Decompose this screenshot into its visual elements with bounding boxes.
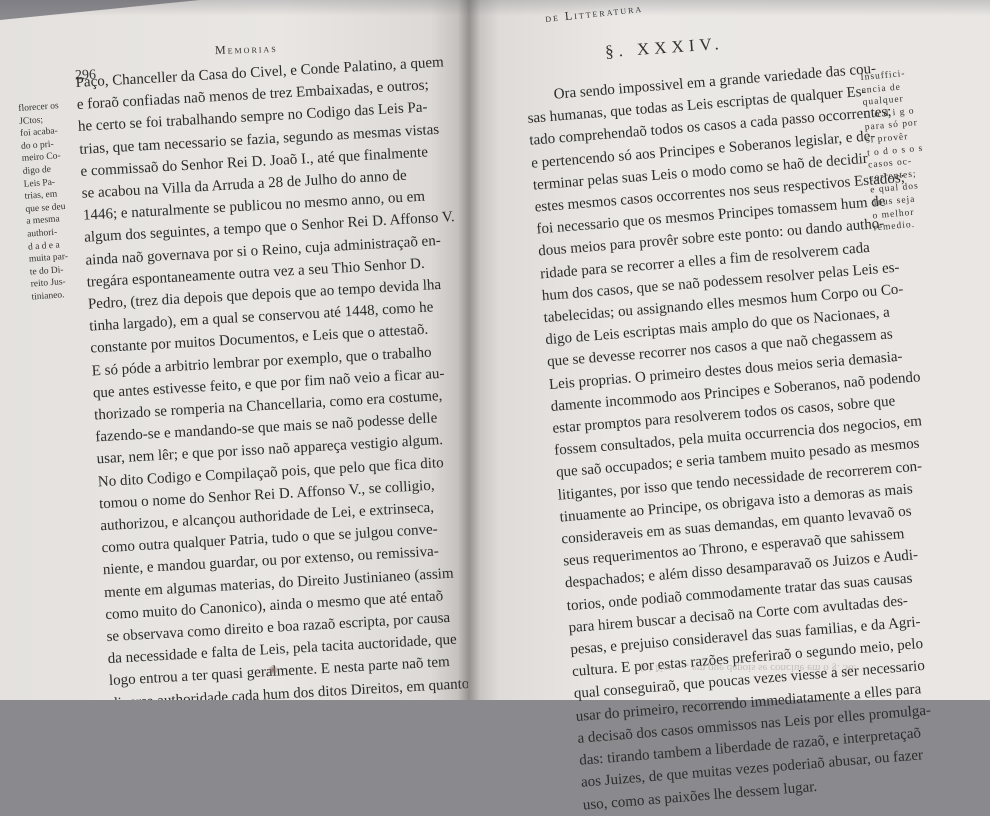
open-book-photo: Memorias 296 florecer os JCtos; foi acab… (0, 0, 990, 700)
paper-stain (268, 665, 278, 675)
margin-note: tinianeo. (31, 288, 87, 304)
left-body-text: Paço, Chanceller da Casa do Civel, e Con… (75, 51, 485, 700)
right-margin-notes: Insuffici- encia de qualquer C o d i g o… (860, 65, 954, 235)
bleed-through-footnote: (a) Nos ...., em que depois se conclue e… (640, 662, 856, 674)
left-page: Memorias 296 florecer os JCtos; foi acab… (0, 0, 468, 700)
top-shadow (0, 0, 990, 16)
left-margin-notes: florecer os JCtos; foi acaba- do o pri- … (18, 99, 87, 304)
book-gutter (458, 0, 480, 700)
running-head-left: Memorias (215, 41, 278, 58)
